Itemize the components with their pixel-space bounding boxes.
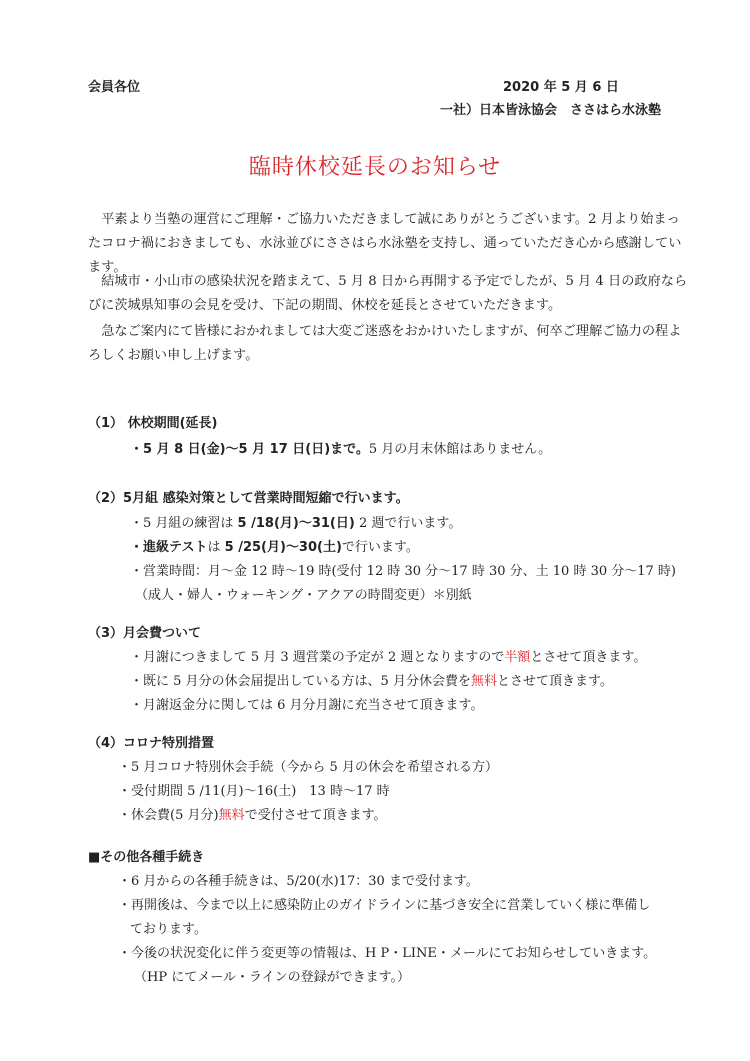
intro-paragraph-3: 急なご案内にて皆様におかれましては大変ご迷惑をおかけいたしますが、何卒ご理解ご協… (88, 320, 688, 368)
document-title: 臨時休校延長のお知らせ (0, 150, 750, 181)
item-pre: ・月謝につきまして 5 月 3 週営業の予定が 2 週となりますので (130, 650, 504, 665)
section-5-item-3: ・今後の状況変化に伴う変更等の情報は、H P・LINE・メールにてお知らせしてい… (118, 942, 656, 961)
section-4-heading: （4）コロナ特別措置 (88, 732, 214, 751)
section-1-item-1: ・5 月 8 日(金)〜5 月 17 日(日)まで。5 月の月末休館はありません… (130, 438, 551, 457)
item-bold: ・進級テスト (130, 540, 207, 555)
item-highlight: 無料 (471, 674, 497, 689)
item-rest: で行います。 (342, 540, 419, 555)
section-3-item-3: ・月謝返金分に関しては 6 月分月謝に充当させて頂きます。 (130, 694, 484, 713)
item-rest: 2 週で行います。 (355, 516, 462, 531)
section-4-item-2: ・受付期間 5 /11(月)〜16(土) 13 時〜17 時 (118, 780, 390, 799)
item-rest: で受付させて頂きます。 (245, 808, 387, 823)
item-pre: ・休会費(5 月分) (118, 808, 219, 823)
section-3-heading: （3）月会費ついて (88, 622, 201, 641)
section-3-item-1: ・月謝につきまして 5 月 3 週営業の予定が 2 週となりますので半額とさせて… (130, 646, 646, 665)
item-rest: とさせて頂きます。 (530, 650, 646, 665)
item-bold: 5 /25(月)〜30(土) (225, 540, 342, 555)
section-4-item-3: ・休会費(5 月分)無料で受付させて頂きます。 (118, 804, 387, 823)
item-pre: ・既に 5 月分の休会届提出している方は、5 月分休会費を (130, 674, 471, 689)
addressee: 会員各位 (88, 76, 140, 95)
section-2-item-4: （成人・婦人・ウォーキング・アクアの時間変更）＊別紙 (135, 584, 472, 603)
section-2-heading: （2）5月組 感染対策として営業時間短縮で行います。 (88, 487, 409, 506)
organization-name: 一社）日本皆泳協会 ささはら水泳塾 (440, 99, 661, 118)
section-1-heading: （1） 休校期間(延長) (88, 412, 217, 431)
item-bold: 5 /18(月)〜31(日) (238, 516, 355, 531)
item-highlight: 半額 (504, 650, 530, 665)
section-4-item-1: ・5 月コロナ特別休会手続（今から 5 月の休会を希望される方） (118, 756, 498, 775)
section-5-item-2: ・再開後は、今まで以上に感染防止のガイドラインに基づき安全に営業していく様に準備… (118, 894, 650, 913)
section-5-item-2-cont: ております。 (130, 918, 207, 937)
intro-paragraph-2: 結城市・小山市の感染状況を踏まえて、5 月 8 日から再開する予定でしたが、5 … (88, 270, 688, 318)
section-5-item-3-note: （HP にてメール・ラインの登録ができます。） (134, 966, 410, 985)
item-rest: とさせて頂きます。 (497, 674, 613, 689)
item-pre: は (207, 540, 224, 555)
item-pre: ・5 月組の練習は (130, 516, 238, 531)
item-bold: ・5 月 8 日(金)〜5 月 17 日(日)まで。 (130, 442, 369, 457)
section-5-item-1: ・6 月からの各種手続きは、5/20(水)17：30 まで受付ます。 (118, 870, 479, 889)
section-2-item-1: ・5 月組の練習は 5 /18(月)〜31(日) 2 週で行います。 (130, 512, 461, 531)
section-3-item-2: ・既に 5 月分の休会届提出している方は、5 月分休会費を無料とさせて頂きます。 (130, 670, 613, 689)
issue-date: 2020 年 5 月 6 日 (503, 76, 619, 95)
item-highlight: 無料 (219, 808, 245, 823)
section-5-heading: ■その他各種手続き (88, 846, 204, 865)
section-2-item-2: ・進級テストは 5 /25(月)〜30(土)で行います。 (130, 536, 419, 555)
section-2-item-3: ・営業時間：月〜金 12 時〜19 時(受付 12 時 30 分〜17 時 30… (130, 560, 676, 579)
item-rest: 5 月の月末休館はありません。 (369, 442, 551, 457)
